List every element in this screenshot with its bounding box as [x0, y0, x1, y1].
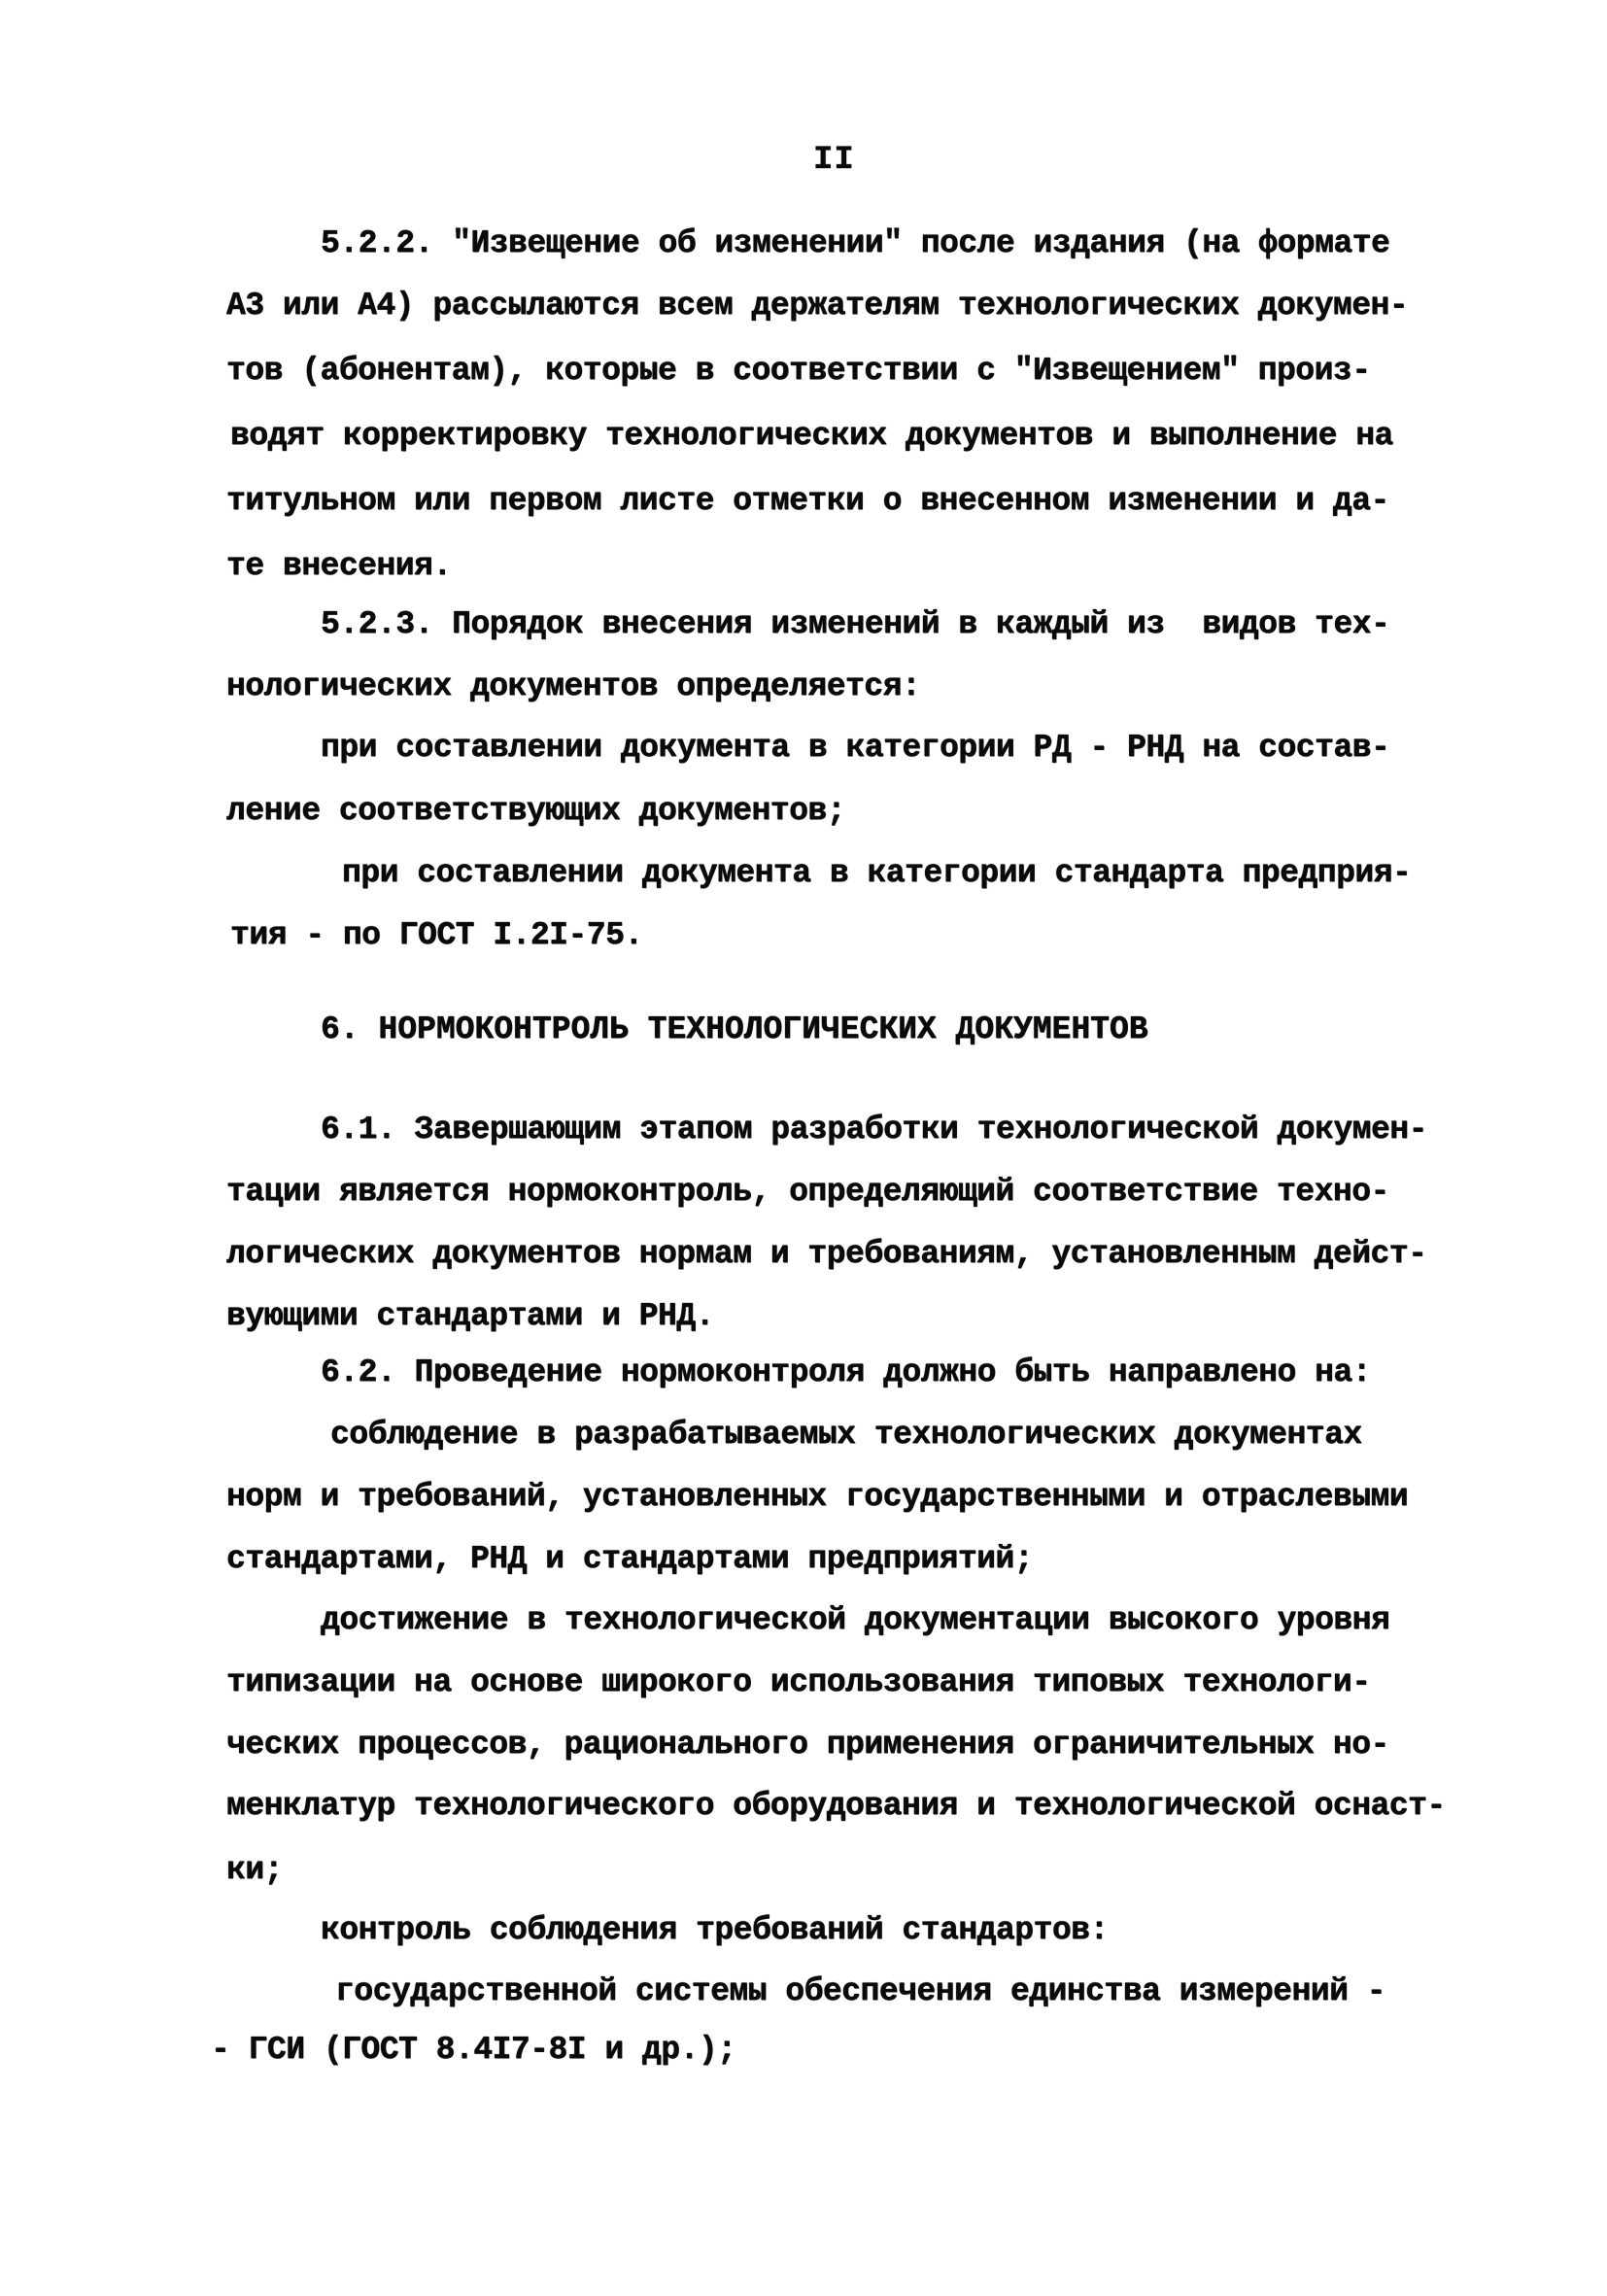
list-item-rd-rnd-line: ление соответствующих документов;	[226, 793, 845, 830]
page-number: II	[813, 142, 855, 179]
paragraph-5-2-2-line: 5.2.2. "Извещение об изменении" после из…	[321, 225, 1389, 262]
paragraph-5-2-2-line: А3 или А4) рассылаются всем держателям т…	[226, 288, 1408, 325]
list-item-control-line: контроль соблюдения требований стандарто…	[321, 1912, 1109, 1949]
paragraph-6-1-line: вующими стандартами и РНД.	[226, 1298, 714, 1335]
list-item-typification-line: менклатур технологического оборудования …	[226, 1788, 1446, 1825]
paragraph-6-2-line: 6.2. Проведение нормоконтроля должно быт…	[321, 1354, 1371, 1391]
section-6-heading: 6. НОРМОКОНТРОЛЬ ТЕХНОЛОГИЧЕСКИХ ДОКУМЕН…	[321, 1011, 1148, 1048]
list-item-rd-rnd-line: при составлении документа в категории РД…	[321, 730, 1389, 767]
list-item-typification-line: ки;	[226, 1852, 283, 1889]
list-item-standard-line: при составлении документа в категории ст…	[342, 855, 1411, 892]
list-item-compliance-line: соблюдение в разрабатываемых технологиче…	[330, 1417, 1362, 1454]
list-item-gsi-line: государственной системы обеспечения един…	[335, 1973, 1385, 2010]
paragraph-5-2-2-line: титульном или первом листе отметки о вне…	[226, 483, 1389, 520]
list-item-compliance-line: норм и требований, установленных государ…	[226, 1479, 1408, 1516]
paragraph-5-2-3-line: 5.2.3. Порядок внесения изменений в кажд…	[321, 606, 1389, 643]
paragraph-5-2-2-line: те внесения.	[226, 548, 452, 585]
paragraph-5-2-2-line: тов (абонентам), которые в соответствии …	[226, 353, 1371, 390]
list-item-gsi-line: - ГСИ (ГОСТ 8.4I7-8I и др.);	[211, 2032, 736, 2069]
paragraph-5-2-3-line: нологических документов определяется:	[226, 668, 920, 705]
list-item-compliance-line: стандартами, РНД и стандартами предприят…	[226, 1541, 1033, 1578]
list-item-typification-line: типизации на основе широкого использован…	[226, 1664, 1371, 1701]
paragraph-6-1-line: 6.1. Завершающим этапом разработки техно…	[321, 1112, 1427, 1148]
list-item-standard-line: тия - по ГОСТ I.2I-75.	[230, 917, 643, 954]
list-item-typification-line: ческих процессов, рационального применен…	[226, 1727, 1389, 1764]
paragraph-6-1-line: логических документов нормам и требовани…	[226, 1236, 1426, 1273]
list-item-typification-line: достижение в технологической документаци…	[321, 1602, 1389, 1639]
paragraph-5-2-2-line: водят корректировку технологических доку…	[230, 418, 1393, 455]
paragraph-6-1-line: тации является нормоконтроль, определяющ…	[226, 1174, 1389, 1211]
document-page: II 5.2.2. "Извещение об изменении" после…	[0, 0, 1607, 2296]
